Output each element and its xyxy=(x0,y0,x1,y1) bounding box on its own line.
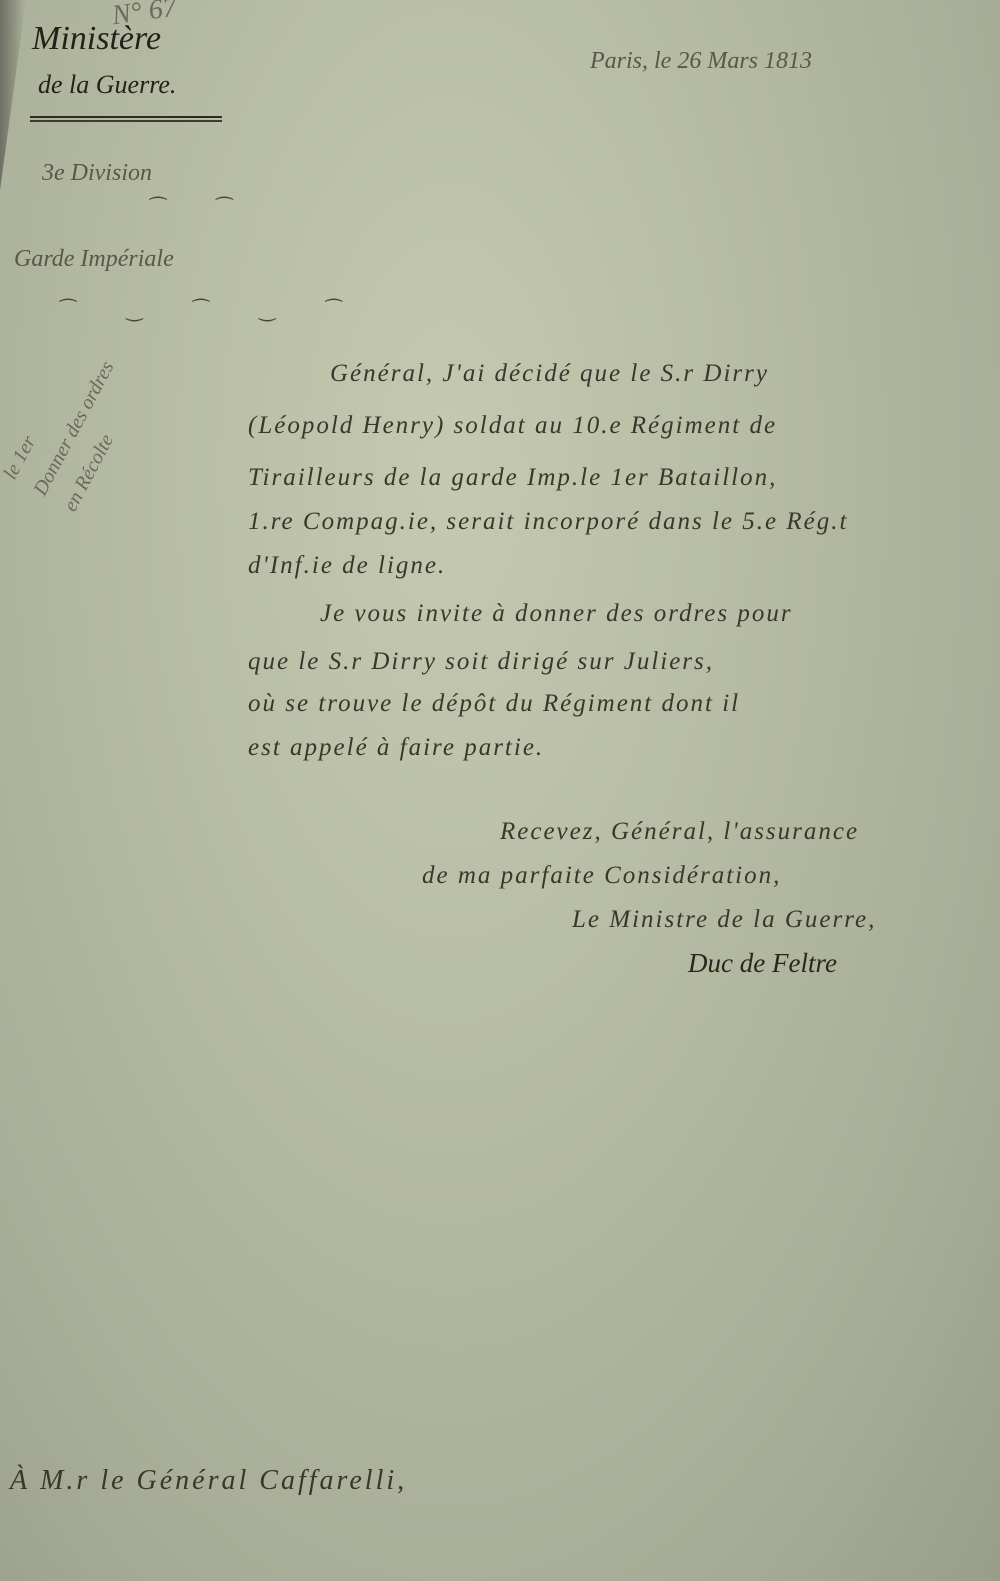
signature: Duc de Feltre xyxy=(688,948,837,979)
body-line-3: Tirailleurs de la garde Imp.le 1er Batai… xyxy=(248,464,777,492)
body-line-7: que le S.r Dirry soit dirigé sur Juliers… xyxy=(248,648,714,676)
body-line-1: Général, J'ai décidé que le S.r Dirry xyxy=(330,360,769,388)
body-line-4: 1.re Compag.ie, serait incorporé dans le… xyxy=(248,508,848,536)
body-line-5: d'Inf.ie de ligne. xyxy=(248,552,446,580)
page-shadow xyxy=(0,0,26,190)
department-label: Garde Impériale xyxy=(14,246,174,273)
body-line-6: Je vous invite à donner des ordres pour xyxy=(320,600,793,628)
body-line-8: où se trouve le dépôt du Régiment dont i… xyxy=(248,690,740,718)
closing-line-1: Recevez, Général, l'assurance xyxy=(500,818,859,846)
letter-sheet: N° 67 Ministère de la Guerre. Paris, le … xyxy=(0,0,1000,1581)
letterhead-rule xyxy=(30,116,222,118)
letterhead-ministry: Ministère xyxy=(32,20,161,58)
closing-line-2: de ma parfaite Considération, xyxy=(422,862,781,890)
body-line-9: est appelé à faire partie. xyxy=(248,734,544,762)
addressee-line: À M.r le Général Caffarelli, xyxy=(10,1465,407,1497)
margin-note: le 1er Donner des ordres en Récolte xyxy=(0,339,154,518)
letterhead-de-la-guerre: de la Guerre. xyxy=(38,70,176,100)
date-line: Paris, le 26 Mars 1813 xyxy=(590,48,812,75)
flourish-divider: ⁀ ‿ ⁀ ‿ ⁀ xyxy=(60,298,364,322)
closing-line-3: Le Ministre de la Guerre, xyxy=(572,906,876,934)
division-label: 3e Division xyxy=(42,160,152,187)
flourish-divider: ⁀ ⁀ xyxy=(150,196,255,220)
body-line-2: (Léopold Henry) soldat au 10.e Régiment … xyxy=(248,412,777,440)
